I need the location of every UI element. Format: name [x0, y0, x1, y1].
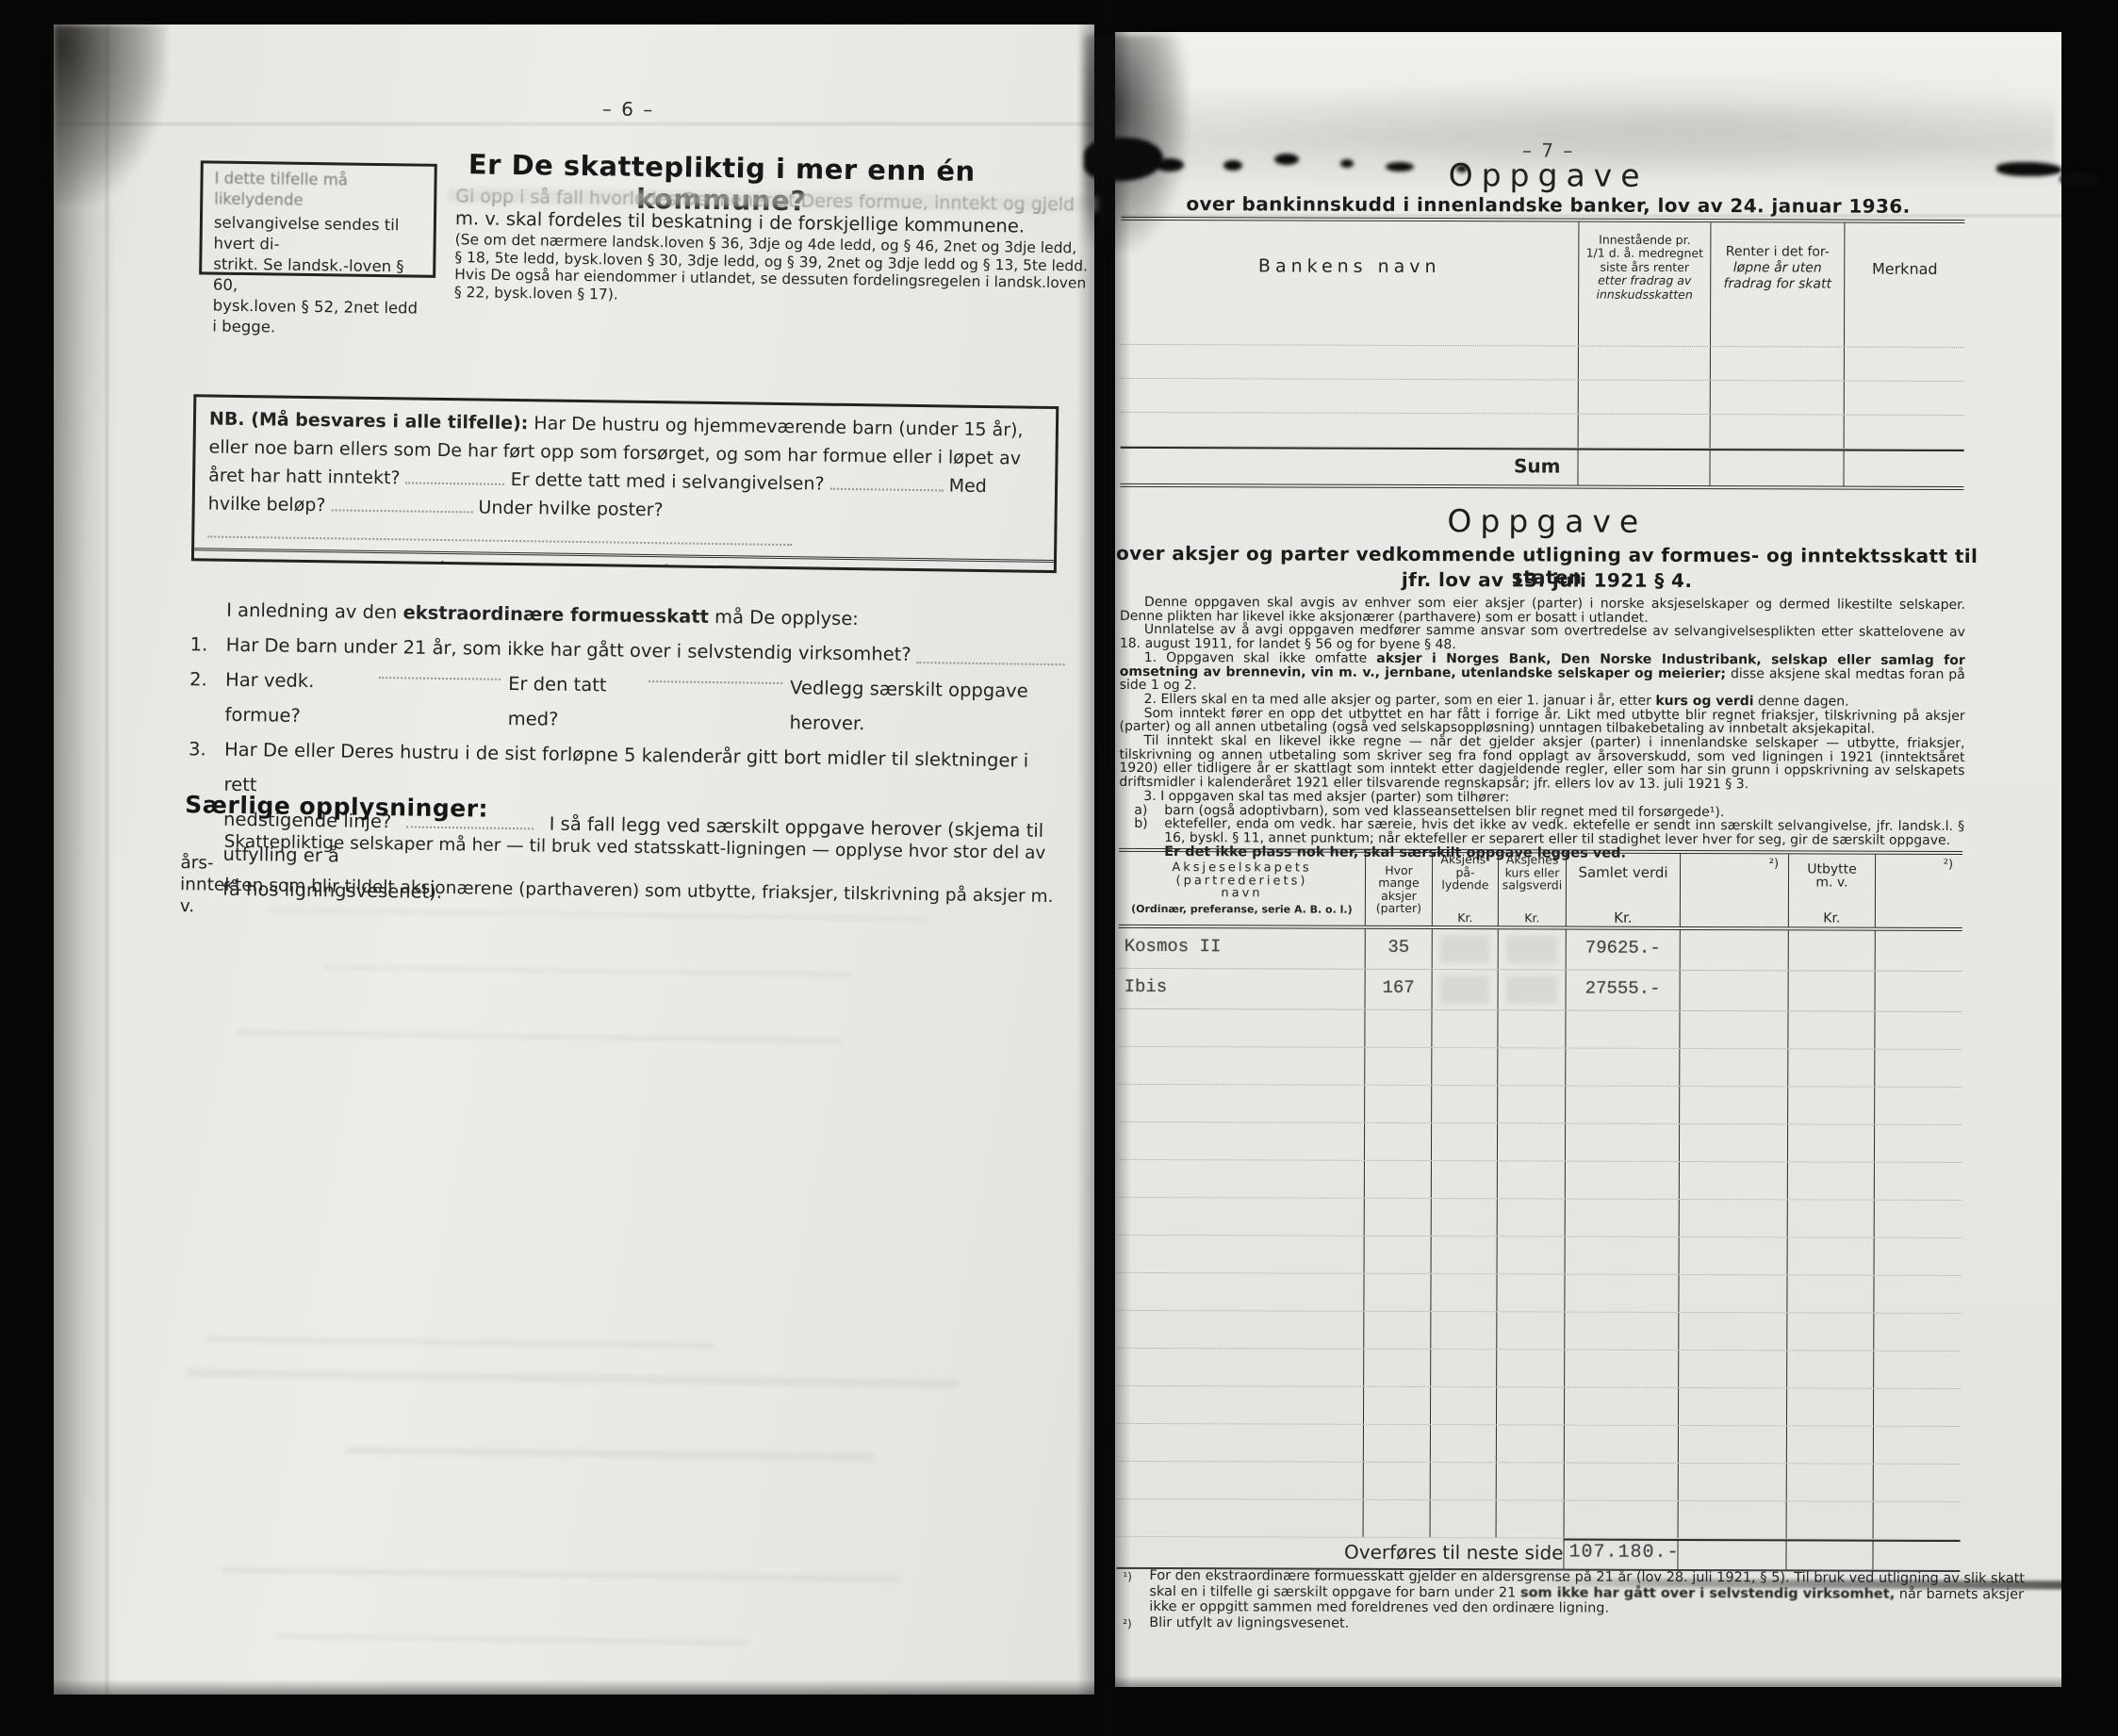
- column-line: [1563, 1539, 1564, 1569]
- shares-empty-row[interactable]: [1117, 1311, 1961, 1351]
- header-line: fradrag for skatt: [1723, 276, 1831, 292]
- assessor-cell[interactable]: [1680, 930, 1788, 970]
- ink-speck: [1274, 154, 1299, 165]
- share-count: 167: [1365, 970, 1432, 1009]
- shares-empty-row[interactable]: [1117, 1462, 1961, 1502]
- assessor-cell[interactable]: [1875, 972, 1962, 1011]
- shares-statement-title: Oppgave: [1113, 501, 1980, 541]
- scanned-tax-form: – 6 – Er De skattepliktig i mer enn én k…: [0, 0, 2118, 1736]
- header-line: Aksjeselskapets: [1172, 861, 1311, 875]
- shares-empty-row[interactable]: [1118, 1085, 1962, 1125]
- shares-empty-row[interactable]: [1117, 1386, 1961, 1427]
- answer-line[interactable]: [379, 664, 501, 680]
- rate-cell: [1498, 970, 1566, 1009]
- bleed-ghost: [277, 1634, 748, 1646]
- header-line: innskudsskatten: [1597, 287, 1693, 302]
- item-text: Vedlegg særskilt oppgave herover.: [789, 670, 1064, 744]
- faded-typewriting: [1506, 935, 1558, 963]
- answer-line[interactable]: [207, 523, 792, 546]
- extra-intro-bold: ekstraordinære formuesskatt: [402, 601, 709, 628]
- header-line: Aksjens-: [1440, 853, 1489, 866]
- shares-row-kosmos: Kosmos II 35 79625.-: [1119, 928, 1962, 972]
- footnote-marker: ²): [1769, 858, 1779, 871]
- unit-label: Kr.: [1457, 911, 1472, 926]
- side-note-line1: I dette tilfelle må likelydende: [214, 169, 423, 213]
- bleed-ghost: [187, 1368, 960, 1387]
- shares-empty-row[interactable]: [1118, 1009, 1962, 1050]
- item-number: 2.: [189, 662, 225, 732]
- bank-col-interest: Renter i det for- løpne år uten fradrag …: [1710, 222, 1844, 313]
- header-line: m. v.: [1815, 876, 1847, 890]
- bleed-ghost: [222, 1567, 900, 1582]
- sum-interest-cell[interactable]: [1709, 450, 1843, 485]
- shares-empty-row[interactable]: [1117, 1424, 1961, 1465]
- bank-col-balance: Innestående pr. 1/1 d. å. medregnet sist…: [1578, 222, 1710, 313]
- footnote-1: ¹) For den ekstraordinære formuesskatt g…: [1119, 1568, 2054, 1618]
- shares-col-rate: Aksjenes kurs eller salgsverdi Kr.: [1498, 853, 1566, 925]
- bank-statement-subtitle: over bankinnskudd i innenlandske banker,…: [1114, 192, 1981, 218]
- header-line: løpne år uten: [1733, 260, 1822, 276]
- sum-remark-cell[interactable]: [1843, 451, 1963, 486]
- text-run: ektefeller, enda om vedk. har særeie, hv…: [1164, 816, 1964, 848]
- header-line: Samlet verdi: [1578, 867, 1667, 880]
- shares-empty-row[interactable]: [1118, 1047, 1962, 1088]
- unit-label: Kr.: [1614, 911, 1632, 926]
- shares-empty-row[interactable]: [1117, 1273, 1961, 1314]
- dividend-cell[interactable]: [1788, 930, 1875, 970]
- item-number: 1.: [189, 627, 226, 663]
- item-text: Er den tatt med?: [507, 666, 641, 738]
- shares-col-nominal: Aksjens- på- lydende Kr.: [1432, 853, 1498, 925]
- carry-forward-label: Overføres til neste side: [1116, 1537, 1568, 1567]
- ink-speck: [1340, 159, 1354, 168]
- shares-empty-row[interactable]: [1118, 1198, 1962, 1238]
- page-number-left: – 6 –: [392, 94, 863, 123]
- side-note-box: I dette tilfelle må likelydende selvangi…: [199, 160, 437, 277]
- carry-forward-value: 107.180.-: [1568, 1542, 1682, 1564]
- page-7: – 7 – Oppgave over bankinnskudd i innenl…: [1115, 32, 2061, 1687]
- side-note-line3: strikt. Se landsk.-loven § 60,: [213, 255, 404, 294]
- company-name: Kosmos II: [1119, 928, 1365, 969]
- bank-col-remark: Merknad: [1844, 223, 1964, 314]
- share-count: 35: [1365, 929, 1432, 969]
- bank-col-name: Bankens navn: [1121, 221, 1578, 313]
- text-run: Blir utfylt av ligningsvesenet.: [1149, 1614, 1349, 1630]
- instruction-paragraph: Til inntekt skal en likevel ikke regne —…: [1119, 734, 1964, 793]
- answer-line[interactable]: [331, 497, 472, 513]
- faded-typewriting: [1506, 975, 1558, 1004]
- nominal-cell: [1432, 929, 1498, 969]
- bank-empty-row[interactable]: [1121, 311, 1964, 348]
- text-run: denne dagen.: [1754, 694, 1849, 709]
- side-note-line2: selvangivelse sendes til hvert di-: [213, 214, 399, 254]
- shares-empty-row[interactable]: [1117, 1499, 1961, 1540]
- shares-statement-subtitle2: jfr. lov av 13. juli 1921 § 4.: [1113, 567, 1980, 593]
- ink-speck: [1223, 160, 1242, 171]
- column-line: [1872, 1540, 1873, 1570]
- item-marker: a): [1134, 803, 1147, 817]
- text-run-bold: kurs og verdi: [1655, 694, 1753, 709]
- special-info-heading: Særlige opplysninger:: [185, 791, 488, 822]
- bank-empty-row[interactable]: [1121, 345, 1964, 382]
- shares-empty-row[interactable]: [1117, 1349, 1961, 1389]
- header-line: 1/1 d. å. medregnet: [1586, 247, 1703, 261]
- answer-line[interactable]: [406, 469, 505, 484]
- instruction-item-b: b) ektefeller, enda om vedk. har særeie,…: [1119, 817, 1964, 848]
- instruction-paragraph: Som inntekt fører en opp det utbyttet en…: [1120, 707, 1965, 738]
- shares-instructions: Denne oppgaven skal avgis av enhver som …: [1119, 596, 1965, 861]
- shares-col-dividend: Utbytte m. v. Kr.: [1788, 854, 1875, 926]
- extra-intro-pre: I anledning av den: [226, 599, 403, 624]
- total-value: 79625.-: [1566, 930, 1680, 970]
- bank-deposits-table: Bankens navn Innestående pr. 1/1 d. å. m…: [1120, 217, 1964, 490]
- crease-line-top: [1122, 215, 2064, 217]
- total-value: 27555.-: [1566, 971, 1680, 1010]
- sum-balance-cell[interactable]: [1577, 450, 1709, 485]
- header-line: navn: [1221, 887, 1262, 900]
- header-line: etter fradrag av: [1598, 274, 1691, 288]
- extra-intro-post: må De opplyse:: [709, 606, 859, 630]
- nb-question-box: NB. (Må besvares i alle tilfelle): Har D…: [191, 394, 1059, 573]
- shares-empty-row[interactable]: [1118, 1122, 1962, 1163]
- shares-empty-row[interactable]: [1118, 1236, 1962, 1276]
- nb-question-2: Er dette tatt med i selvangivelsen?: [510, 469, 824, 495]
- bleed-ghost: [205, 1336, 714, 1350]
- side-note-line4: bysk.loven § 52, 2net ledd i begge.: [212, 297, 418, 336]
- unit-label: Kr.: [1823, 912, 1840, 927]
- shares-empty-row[interactable]: [1118, 1160, 1962, 1201]
- page-6: – 6 – Er De skattepliktig i mer enn én k…: [54, 25, 1094, 1695]
- intro-note-line4: § 22, bysk.loven § 17).: [454, 284, 618, 303]
- footnote-marker: ²): [1944, 859, 1953, 872]
- item-marker: b): [1134, 817, 1147, 831]
- faded-typewriting: [1440, 935, 1490, 963]
- book-gutter-shadow: [1076, 0, 1131, 1736]
- ink-speck: [1386, 162, 1414, 172]
- bank-empty-row[interactable]: [1121, 379, 1964, 416]
- ink-speck: [1456, 165, 1468, 172]
- dividend-cell[interactable]: [1788, 971, 1875, 1010]
- shares-table: Aksjeselskapets (partrederiets) navn (Or…: [1116, 848, 1962, 1572]
- item-text: Har De eller Deres hustru i de sist forl…: [223, 739, 1028, 795]
- carry-forward-row: Overføres til neste side 107.180.-: [1116, 1537, 1960, 1572]
- nb-question-4: Under hvilke poster?: [478, 497, 663, 520]
- header-line: mange: [1378, 876, 1419, 890]
- nominal-cell: [1432, 970, 1498, 1009]
- ink-smear: [1996, 162, 2062, 176]
- ink-smear: [2060, 172, 2099, 187]
- header-line: Renter i det for-: [1726, 244, 1830, 260]
- header-line: salgsverdi: [1502, 878, 1563, 892]
- bank-sum-row: Sum: [1120, 447, 1963, 486]
- company-name: Ibis: [1119, 969, 1365, 1009]
- shares-col-assessor2: ²): [1875, 855, 1962, 927]
- shares-col-company: Aksjeselskapets (partrederiets) navn (Or…: [1119, 852, 1365, 925]
- assessor-cell[interactable]: [1875, 931, 1962, 971]
- shares-col-assessor1: ²): [1680, 854, 1788, 926]
- bank-empty-row[interactable]: [1121, 413, 1964, 450]
- header-line: (Ordinær, preferanse, serie A. B. o. l.): [1131, 902, 1353, 915]
- shares-col-total: Samlet verdi Kr.: [1566, 854, 1680, 926]
- question-item-2: 2. Har vedk. formue? Er den tatt med? Ve…: [189, 662, 1064, 744]
- unit-label: Kr.: [1524, 911, 1539, 926]
- item-text: Har vedk. formue?: [224, 663, 371, 734]
- header-line: lydende: [1441, 878, 1488, 892]
- sum-label: Sum: [1120, 449, 1577, 485]
- header-line: (parter): [1376, 902, 1421, 915]
- answer-line[interactable]: [917, 637, 1065, 665]
- footnote-2: ²) Blir utfylt av ligningsvesenet.: [1119, 1614, 2054, 1633]
- instruction-paragraph: Unnlatelse av å avgi oppgaven medfører s…: [1120, 623, 1965, 654]
- shares-row-ibis: Ibis 167 27555.-: [1119, 969, 1962, 1012]
- assessor-cell[interactable]: [1680, 971, 1788, 1010]
- instruction-paragraph: 1. Oppgaven skal ikke omfatte aksjer i N…: [1120, 651, 1965, 696]
- bleed-ghost: [238, 1030, 842, 1043]
- header-line: Aksjenes: [1506, 853, 1559, 866]
- answer-line[interactable]: [649, 668, 782, 684]
- answer-line[interactable]: [830, 476, 944, 492]
- nb-lead: NB. (Må besvares i alle tilfelle):: [209, 409, 529, 434]
- bleed-ghost: [324, 965, 852, 976]
- rate-cell: [1498, 929, 1566, 969]
- faded-typewriting: [1440, 975, 1490, 1004]
- column-line: [1785, 1539, 1786, 1569]
- bleed-ghost: [346, 1447, 874, 1462]
- shares-col-count: Hvor mange aksjer (parter): [1365, 853, 1432, 925]
- scan-mottling: [1131, 75, 2055, 188]
- shares-table-header: Aksjeselskapets (partrederiets) navn (Or…: [1119, 852, 1962, 931]
- ink-blot: [1156, 158, 1184, 172]
